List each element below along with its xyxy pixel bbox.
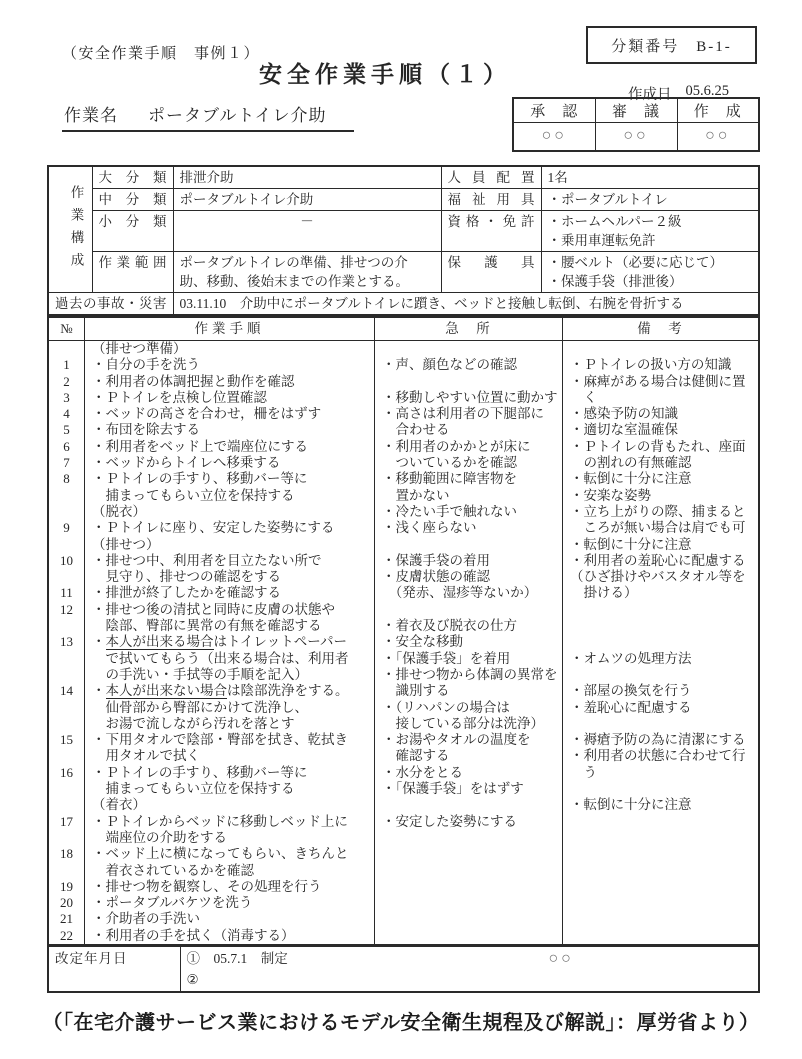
step-number: 20 [49, 895, 85, 911]
work-name-line: 作業名ポータブルトイレ介助 [62, 101, 354, 132]
remark-text: ころが無い場合は肩でも可 [563, 520, 758, 536]
step-text: （排せつ） [85, 537, 375, 553]
step-text: ・Ｐトイレの手すり、移動バー等に [85, 765, 375, 781]
step-number [49, 797, 85, 813]
protective-gear-label: 保護具 [441, 252, 541, 293]
key-point-text [375, 374, 563, 390]
revision-line2: ② [187, 969, 753, 990]
table-row: 17・Ｐトイレからベッドに移動しベッド上に・安定した姿勢にする [49, 814, 758, 830]
step-text: 着衣されているかを確認 [85, 863, 375, 879]
step-number: 21 [49, 911, 85, 927]
table-row: 5・布団を除去する 合わせる・適切な室温確保 [49, 422, 758, 438]
step-text: （着衣） [85, 797, 375, 813]
step-text: ・排せつ中、利用者を目立たない所で [85, 553, 375, 569]
remark-text: ・利用者の状態に合わせて行 [563, 748, 758, 764]
step-text: ・介助者の手洗い [85, 911, 375, 927]
key-point-text [375, 911, 563, 927]
table-row: 10・排せつ中、利用者を目立たない所で・保護手袋の着用・利用者の羞恥心に配慮する [49, 553, 758, 569]
table-row: 陰部、臀部に異常の有無を確認する・着衣及び脱衣の仕方 [49, 618, 758, 634]
step-number [49, 618, 85, 634]
remark-text: ・利用者の羞恥心に配慮する [563, 553, 758, 569]
remark-text [563, 863, 758, 879]
remark-text: ・転倒に十分に注意 [563, 537, 758, 553]
work-steps-table: № 作業手順 急 所 備 考 （排せつ準備） 1・自分の手を洗う・声、顔色などの… [47, 316, 760, 946]
step-number [49, 781, 85, 797]
step-number [49, 504, 85, 520]
key-point-text: ・保護手袋の着用 [375, 553, 563, 569]
table-row: （脱衣）・冷たい手で触れない・立ち上がりの際、捕まると [49, 504, 758, 520]
step-number: 12 [49, 602, 85, 618]
license-label: 資格・免許 [441, 211, 541, 252]
remark-text [563, 602, 758, 618]
key-point-text: 合わせる [375, 422, 563, 438]
key-point-text [375, 341, 563, 357]
steps-header-note: 備 考 [563, 318, 758, 340]
key-point-text [375, 602, 563, 618]
table-row: の手洗い・手拭等の手順を記入）・排せつ物から体調の異常を [49, 667, 758, 683]
revision-stamp: ○○ [549, 948, 574, 969]
step-text: ・排せつ後の清拭と同時に皮膚の状態や [85, 602, 375, 618]
table-row: 捕まってもらい立位を保持する 置かない・安楽な姿勢 [49, 488, 758, 504]
step-number: 4 [49, 406, 85, 422]
step-text: で拭いてもらう（出来る場合は、利用者 [85, 651, 375, 667]
license-value: ・ホームヘルパー２級 ・乗用車運転免許 [541, 211, 759, 252]
table-row: 改定年月日 ① 05.7.1 制定○○ ② [48, 946, 759, 992]
step-number [49, 830, 85, 846]
key-point-text: ・着衣及び脱衣の仕方 [375, 618, 563, 634]
table-row: 13・本人が出来る場合はトイレットペーパー・安全な移動 [49, 634, 758, 650]
steps-header-row: № 作業手順 急 所 備 考 [49, 318, 758, 341]
step-text: ・本人が出来ない場合は陰部洗浄をする。 [85, 683, 375, 699]
step-number: 2 [49, 374, 85, 390]
step-number: 22 [49, 928, 85, 944]
table-row: 8・Ｐトイレの手すり、移動バー等に・移動範囲に障害物を・転倒に十分に注意 [49, 471, 758, 487]
step-number [49, 569, 85, 585]
revision-date-value: ① 05.7.1 制定○○ ② [180, 946, 759, 992]
key-point-text [375, 830, 563, 846]
past-accident-label: 過去の事故・災害 [48, 293, 173, 316]
remark-text: ・Ｐトイレの背もたれ、座面 [563, 439, 758, 455]
remark-text: ・麻痺がある場合は健側に置 [563, 374, 758, 390]
table-row: 仙骨部から臀部にかけて洗浄し、・（リハパンの場合は・羞恥心に配慮する [49, 700, 758, 716]
step-text: ・本人が出来る場合はトイレットペーパー [85, 634, 375, 650]
key-point-text: ・皮膚状態の確認 [375, 569, 563, 585]
approval-table: 承 認 審 議 作 成 ○○ ○○ ○○ [512, 97, 760, 152]
table-row: 捕まってもらい立位を保持する・「保護手袋」をはずす [49, 781, 758, 797]
remark-text: ・オムツの処理方法 [563, 651, 758, 667]
table-row: 見守り、排せつの確認をする・皮膚状態の確認（ひざ掛けやバスタオル等を [49, 569, 758, 585]
table-row: （着衣）・転倒に十分に注意 [49, 797, 758, 813]
remark-text [563, 618, 758, 634]
remark-text: く [563, 390, 758, 406]
step-number: 10 [49, 553, 85, 569]
table-row: 2・利用者の体調把握と動作を確認・麻痺がある場合は健側に置 [49, 374, 758, 390]
remark-text [563, 814, 758, 830]
step-text: 端座位の介助をする [85, 830, 375, 846]
step-text: 用タオルで拭く [85, 748, 375, 764]
staffing-value: 1名 [541, 166, 759, 189]
step-text: ・Ｐトイレからベッドに移動しベッド上に [85, 814, 375, 830]
remark-text [563, 911, 758, 927]
table-row: 21・介助者の手洗い [49, 911, 758, 927]
work-composition-table: 作業構成 大分類 排泄介助 人員配置 1名 中分類 ポータブルトイレ介助 福祉用… [47, 165, 760, 316]
work-name-value: ポータブルトイレ介助 [148, 101, 326, 126]
step-text: 仙骨部から臀部にかけて洗浄し、 [85, 700, 375, 716]
key-point-text: ・声、顔色などの確認 [375, 357, 563, 373]
step-text: 捕まってもらい立位を保持する [85, 488, 375, 504]
table-row: 作業範囲 ポータブルトイレの準備、排せつの介 助、移動、後始末までの作業とする。… [48, 252, 759, 293]
step-number: 8 [49, 471, 85, 487]
remark-text: ・適切な室温確保 [563, 422, 758, 438]
major-class-value: 排泄介助 [173, 166, 441, 189]
remark-text: ・感染予防の知識 [563, 406, 758, 422]
step-number: 1 [49, 357, 85, 373]
step-text: ・Ｐトイレの手すり、移動バー等に [85, 471, 375, 487]
remark-text: ・Ｐトイレの扱い方の知識 [563, 357, 758, 373]
table-row: 14・本人が出来ない場合は陰部洗浄をする。 識別する・部屋の換気を行う [49, 683, 758, 699]
remark-text: の割れの有無確認 [563, 455, 758, 471]
step-text: ・利用者の手を拭く（消毒する） [85, 928, 375, 944]
table-row: 6・利用者をベッド上で端座位にする・利用者のかかとが床に・Ｐトイレの背もたれ、座… [49, 439, 758, 455]
tables-block: 作業構成 大分類 排泄介助 人員配置 1名 中分類 ポータブルトイレ介助 福祉用… [47, 165, 760, 993]
step-text: ・利用者をベッド上で端座位にする [85, 439, 375, 455]
table-row: 15・下用タオルで陰部・臀部を拭き、乾拭き・お湯やタオルの温度を・褥瘡予防の為に… [49, 732, 758, 748]
key-point-text: ・冷たい手で触れない [375, 504, 563, 520]
welfare-equipment-label: 福祉用具 [441, 189, 541, 211]
step-number: 9 [49, 520, 85, 536]
document-page: （安全作業手順 事例１） 分類番号 B-1- 安全作業手順（１） 作成日05.6… [0, 0, 802, 1059]
past-accident-value: 03.11.10 介助中にポータブルトイレに躓き、ベッドと接触し転倒、右腕を骨折… [173, 293, 759, 316]
approval-header-shingi: 審 議 [595, 98, 677, 123]
remark-text: ・安楽な姿勢 [563, 488, 758, 504]
key-point-text [375, 879, 563, 895]
step-text: 捕まってもらい立位を保持する [85, 781, 375, 797]
key-point-text: ・お湯やタオルの温度を [375, 732, 563, 748]
step-text: （排せつ準備） [85, 341, 375, 357]
step-number: 5 [49, 422, 85, 438]
revision-table: 改定年月日 ① 05.7.1 制定○○ ② [47, 946, 760, 993]
major-class-label: 大分類 [92, 166, 173, 189]
remark-text [563, 879, 758, 895]
approval-header-sakusei: 作 成 [677, 98, 759, 123]
remark-text: ・転倒に十分に注意 [563, 797, 758, 813]
middle-class-value: ポータブルトイレ介助 [173, 189, 441, 211]
step-text: ・Ｐトイレに座り、安定した姿勢にする [85, 520, 375, 536]
table-row: （排せつ準備） [49, 341, 758, 357]
step-text: 陰部、臀部に異常の有無を確認する [85, 618, 375, 634]
key-point-text [375, 537, 563, 553]
table-row: 20・ポータブルバケツを洗う [49, 895, 758, 911]
step-number: 14 [49, 683, 85, 699]
table-row: で拭いてもらう（出来る場合は、利用者・「保護手袋」を着用・オムツの処理方法 [49, 651, 758, 667]
step-text: ・布団を除去する [85, 422, 375, 438]
key-point-text: 確認する [375, 748, 563, 764]
table-row: 7・ベッドからトイレへ移乗する ついているかを確認 の割れの有無確認 [49, 455, 758, 471]
table-row: 小分類 － 資格・免許 ・ホームヘルパー２級 ・乗用車運転免許 [48, 211, 759, 252]
revision-line1: ① 05.7.1 制定○○ [187, 948, 753, 969]
remark-text: ・羞恥心に配慮する [563, 700, 758, 716]
table-row: 11・排泄が終了したかを確認する （発赤、湿疹等ないか） 掛ける） [49, 585, 758, 601]
step-number [49, 716, 85, 732]
key-point-text: ・「保護手袋」をはずす [375, 781, 563, 797]
step-text: ・自分の手を洗う [85, 357, 375, 373]
table-row: 12・排せつ後の清拭と同時に皮膚の状態や [49, 602, 758, 618]
step-text: の手洗い・手拭等の手順を記入） [85, 667, 375, 683]
key-point-text [375, 797, 563, 813]
key-point-text: ・利用者のかかとが床に [375, 439, 563, 455]
step-number [49, 537, 85, 553]
remark-text [563, 830, 758, 846]
step-number [49, 700, 85, 716]
revision-date-label: 改定年月日 [48, 946, 180, 992]
remark-text [563, 667, 758, 683]
table-row: 過去の事故・災害 03.11.10 介助中にポータブルトイレに躓き、ベッドと接触… [48, 293, 759, 316]
table-row: （排せつ）・転倒に十分に注意 [49, 537, 758, 553]
step-text: ・利用者の体調把握と動作を確認 [85, 374, 375, 390]
step-text: ・排泄が終了したかを確認する [85, 585, 375, 601]
remark-text [563, 634, 758, 650]
middle-class-label: 中分類 [92, 189, 173, 211]
remark-text: ・褥瘡予防の為に清潔にする [563, 732, 758, 748]
key-point-text: 識別する [375, 683, 563, 699]
step-text: 見守り、排せつの確認をする [85, 569, 375, 585]
remark-text: ・立ち上がりの際、捕まると [563, 504, 758, 520]
key-point-text: ・排せつ物から体調の異常を [375, 667, 563, 683]
remark-text [563, 928, 758, 944]
step-number: 19 [49, 879, 85, 895]
key-point-text: 置かない [375, 488, 563, 504]
remark-text [563, 716, 758, 732]
composition-side-label: 作業構成 [48, 166, 92, 293]
key-point-text: ・移動範囲に障害物を [375, 471, 563, 487]
key-point-text [375, 895, 563, 911]
remark-text: 掛ける） [563, 585, 758, 601]
key-point-text: ・浅く座らない [375, 520, 563, 536]
minor-class-label: 小分類 [92, 211, 173, 252]
step-number [49, 748, 85, 764]
approval-stamp: ○○ [595, 123, 677, 151]
step-text: お湯で流しながら汚れを落とす [85, 716, 375, 732]
work-scope-value: ポータブルトイレの準備、排せつの介 助、移動、後始末までの作業とする。 [173, 252, 441, 293]
steps-header-no: № [49, 318, 85, 340]
remark-text [563, 895, 758, 911]
remark-text [563, 341, 758, 357]
work-scope-label: 作業範囲 [92, 252, 173, 293]
approval-header-shonin: 承 認 [513, 98, 595, 123]
table-row: お湯で流しながら汚れを落とす 接している部分は洗浄） [49, 716, 758, 732]
step-text: ・Ｐトイレを点検し位置確認 [85, 390, 375, 406]
steps-header-step: 作業手順 [85, 318, 375, 340]
approval-stamp: ○○ [677, 123, 759, 151]
source-footer: （「在宅介護サービス業におけるモデル安全衛生規程及び解説」：厚労省より） [0, 1006, 802, 1035]
step-number: 11 [49, 585, 85, 601]
table-row: 作業構成 大分類 排泄介助 人員配置 1名 [48, 166, 759, 189]
steps-header-point: 急 所 [375, 318, 563, 340]
key-point-text: ・安全な移動 [375, 634, 563, 650]
remark-text [563, 846, 758, 862]
approval-stamp: ○○ [513, 123, 595, 151]
key-point-text: ・移動しやすい位置に動かす [375, 390, 563, 406]
remark-text: ・転倒に十分に注意 [563, 471, 758, 487]
key-point-text: ・水分をとる [375, 765, 563, 781]
remark-text: （ひざ掛けやバスタオル等を [563, 569, 758, 585]
remark-text: う [563, 765, 758, 781]
table-row: 用タオルで拭く 確認する・利用者の状態に合わせて行 [49, 748, 758, 764]
step-text: ・ベッドからトイレへ移乗する [85, 455, 375, 471]
key-point-text: 接している部分は洗浄） [375, 716, 563, 732]
key-point-text: ・安定した姿勢にする [375, 814, 563, 830]
key-point-text: （発赤、湿疹等ないか） [375, 585, 563, 601]
step-number [49, 667, 85, 683]
table-row: 端座位の介助をする [49, 830, 758, 846]
step-number: 13 [49, 634, 85, 650]
remark-text: ・部屋の換気を行う [563, 683, 758, 699]
step-number: 15 [49, 732, 85, 748]
step-number: 18 [49, 846, 85, 862]
step-text: （脱衣） [85, 504, 375, 520]
key-point-text [375, 846, 563, 862]
table-row: 4・ベッドの高さを合わせ，柵をはずす・高さは利用者の下腿部に・感染予防の知識 [49, 406, 758, 422]
step-number [49, 651, 85, 667]
minor-class-value: － [173, 211, 441, 252]
step-text: ・排せつ物を観察し、その処理を行う [85, 879, 375, 895]
work-name-label: 作業名 [64, 101, 118, 126]
key-point-text: ・高さは利用者の下腿部に [375, 406, 563, 422]
staffing-label: 人員配置 [441, 166, 541, 189]
table-row: 1・自分の手を洗う・声、顔色などの確認・Ｐトイレの扱い方の知識 [49, 357, 758, 373]
step-text: ・ベッドの高さを合わせ，柵をはずす [85, 406, 375, 422]
key-point-text: ・「保護手袋」を着用 [375, 651, 563, 667]
step-text: ・下用タオルで陰部・臀部を拭き、乾拭き [85, 732, 375, 748]
step-number [49, 341, 85, 357]
table-row: 19・排せつ物を観察し、その処理を行う [49, 879, 758, 895]
step-number [49, 863, 85, 879]
table-row: 着衣されているかを確認 [49, 863, 758, 879]
table-row: 22・利用者の手を拭く（消毒する） [49, 928, 758, 944]
table-row: 18・ベッド上に横になってもらい、きちんと [49, 846, 758, 862]
welfare-equipment-value: ・ポータブルトイレ [541, 189, 759, 211]
approval-header-row: 承 認 審 議 作 成 [513, 98, 759, 123]
table-row: 9・Ｐトイレに座り、安定した姿勢にする・浅く座らない ころが無い場合は肩でも可 [49, 520, 758, 536]
protective-gear-value: ・腰ベルト（必要に応じて） ・保護手袋（排泄後） [541, 252, 759, 293]
key-point-text: ・（リハパンの場合は [375, 700, 563, 716]
step-number: 16 [49, 765, 85, 781]
table-row: 16・Ｐトイレの手すり、移動バー等に・水分をとる う [49, 765, 758, 781]
table-row: 3・Ｐトイレを点検し位置確認・移動しやすい位置に動かす く [49, 390, 758, 406]
step-text: ・ベッド上に横になってもらい、きちんと [85, 846, 375, 862]
step-text: ・ポータブルバケツを洗う [85, 895, 375, 911]
step-number: 17 [49, 814, 85, 830]
key-point-text [375, 863, 563, 879]
key-point-text [375, 928, 563, 944]
step-number: 6 [49, 439, 85, 455]
table-row: 中分類 ポータブルトイレ介助 福祉用具 ・ポータブルトイレ [48, 189, 759, 211]
step-number: 3 [49, 390, 85, 406]
key-point-text: ついているかを確認 [375, 455, 563, 471]
step-number [49, 488, 85, 504]
step-number: 7 [49, 455, 85, 471]
approval-value-row: ○○ ○○ ○○ [513, 123, 759, 151]
remark-text [563, 781, 758, 797]
steps-body: （排せつ準備） 1・自分の手を洗う・声、顔色などの確認・Ｐトイレの扱い方の知識 … [49, 341, 758, 944]
